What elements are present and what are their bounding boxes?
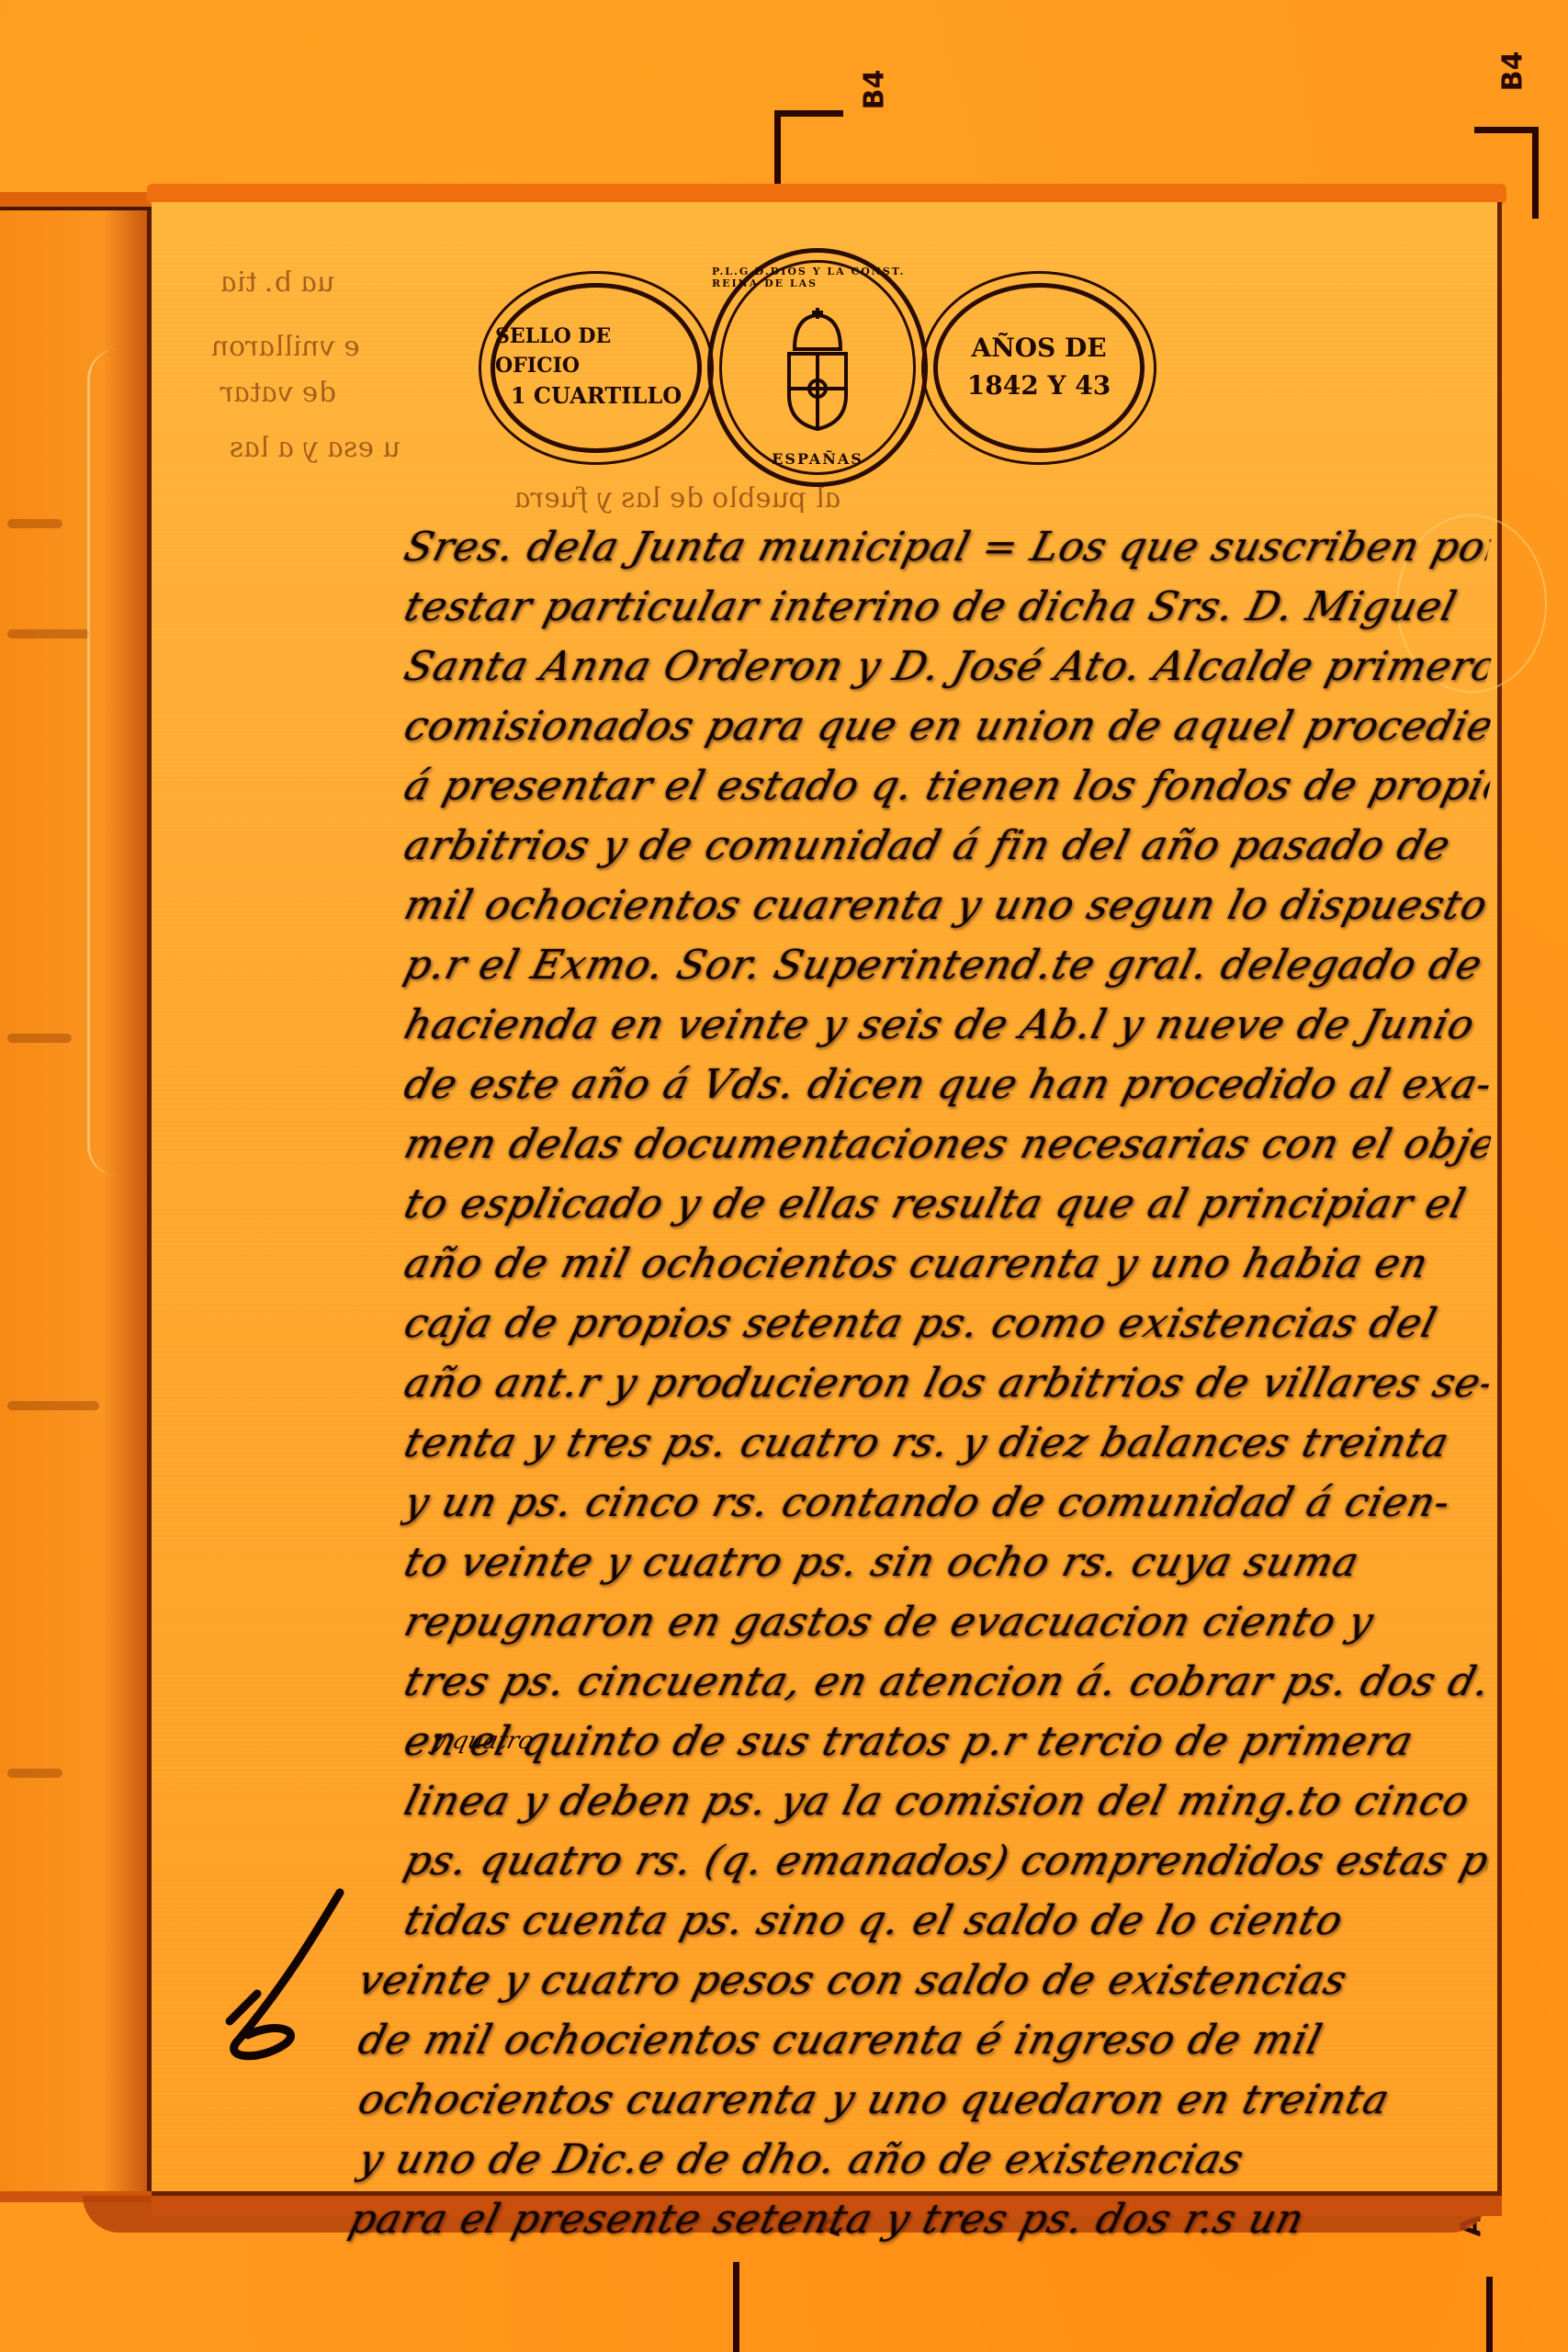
body-line: año ant.r y producieron los arbitrios de… (397, 1360, 1495, 1417)
body-line: de este año á Vds. dicen que han procedi… (397, 1061, 1495, 1118)
left-page-text-ghost (7, 519, 62, 528)
body-line: y uno de Dic.e de dho. año de existencia… (351, 2136, 1495, 2193)
left-page-text-ghost (7, 629, 90, 639)
body-line: de mil ochocientos cuarenta é ingreso de… (351, 2017, 1495, 2074)
crop-mark-top-center-horizontal (774, 110, 843, 117)
adjacent-left-page (0, 207, 152, 2191)
stamp-left-oval: SELLO DE OFICIO 1 CUARTILLO (491, 283, 702, 453)
left-page-text-ghost (7, 1769, 62, 1778)
stamp-center-oval: P.L.G.D.DIOS Y LA CONST. REINA DE LAS ES… (707, 248, 928, 487)
royal-crest-icon (776, 308, 859, 436)
interlinear-note: y quatro (428, 1727, 536, 1755)
body-line: ochocientos cuarenta y uno quedaron en t… (351, 2076, 1495, 2133)
rubric-flourish-icon (202, 1883, 349, 2067)
body-line: comisionados para que en union de aquel … (397, 703, 1495, 760)
margin-bleed-text: de vatar (218, 377, 339, 409)
body-line: repugnaron en gastos de evacuacion cient… (397, 1599, 1495, 1656)
body-line: Sres. dela Junta municipal = Los que sus… (397, 524, 1495, 581)
stamp-legend-bottom: ESPAÑAS (772, 450, 863, 468)
crop-mark-bottom-right-vertical (1486, 2277, 1493, 2352)
body-line: para el presente setenta y tres ps. dos … (342, 2196, 1495, 2253)
crop-mark-bottom-center-vertical (733, 2262, 739, 2352)
body-line: ps. quatro rs. (q. emanados) comprendido… (397, 1837, 1495, 1894)
official-stamp: SELLO DE OFICIO 1 CUARTILLO P.L.G.D.DIOS… (459, 253, 1176, 482)
body-line: tenta y tres ps. cuatro rs. y diez balan… (397, 1419, 1495, 1476)
binding-thread (87, 349, 118, 1176)
sheet-top-shadow (147, 184, 1506, 204)
body-line: tidas cuenta ps. sino q. el saldo de lo … (397, 1897, 1495, 1954)
body-line: to esplicado y de ellas resulta que al p… (397, 1181, 1495, 1238)
handwritten-body: Sres. dela Junta municipal = Los que sus… (404, 524, 1488, 2256)
body-line: año de mil ochocientos cuarenta y uno ha… (397, 1240, 1495, 1297)
body-line: testar particular interino de dicha Srs.… (397, 583, 1495, 640)
margin-bleed-text: u esa y a las (227, 432, 403, 464)
body-line: linea y deben ps. ya la comision del min… (397, 1778, 1495, 1835)
crop-mark-top-right-horizontal (1474, 127, 1539, 133)
crop-mark-top-right-vertical (1532, 127, 1539, 219)
stamp-right-oval: AÑOS DE 1842 Y 43 (933, 283, 1145, 453)
body-line: veinte y cuatro pesos con saldo de exist… (351, 1957, 1495, 2014)
stamp-years-label: AÑOS DE (971, 330, 1106, 367)
archive-marker-top-right: B4 (1496, 51, 1529, 92)
body-line: tres ps. cincuenta, en atencion á. cobra… (397, 1658, 1495, 1715)
body-line: p.r el Exmo. Sor. Superintend.te gral. d… (397, 942, 1495, 999)
left-page-text-ghost (7, 1401, 99, 1410)
margin-bleed-text: e vnillaron (209, 331, 363, 363)
margin-bleed-text: al pueblo de las y fuera (512, 482, 844, 514)
body-line: hacienda en veinte y seis de Ab.l y nuev… (397, 1001, 1495, 1058)
body-line: arbitrios y de comunidad á fin del año p… (397, 822, 1495, 879)
archive-marker-top-center: B4 (858, 70, 890, 110)
body-line: men delas documentaciones necesarias con… (397, 1121, 1495, 1178)
body-line: y un ps. cinco rs. contando de comunidad… (397, 1479, 1495, 1536)
left-page-text-ghost (7, 1034, 72, 1043)
stamp-legend-top: P.L.G.D.DIOS Y LA CONST. REINA DE LAS (712, 266, 923, 289)
margin-bleed-text: ua b. tia (218, 266, 338, 299)
body-line: á presentar el estado q. tienen los fond… (397, 763, 1495, 820)
body-line: mil ochocientos cuarenta y uno segun lo … (397, 882, 1495, 939)
body-line: caja de propios setenta ps. como existen… (397, 1300, 1495, 1357)
stamp-seal-type: SELLO DE OFICIO (495, 322, 697, 381)
left-page-top-edge (0, 192, 156, 210)
stamp-years-value: 1842 Y 43 (967, 367, 1111, 405)
body-line: Santa Anna Orderon y D. José Ato. Alcald… (397, 643, 1495, 700)
body-line: en el quinto de sus tratos p.r tercio de… (397, 1718, 1495, 1775)
body-line: to veinte y cuatro ps. sin ocho rs. cuya… (397, 1539, 1495, 1596)
stamp-seal-value: 1 CUARTILLO (511, 380, 682, 413)
